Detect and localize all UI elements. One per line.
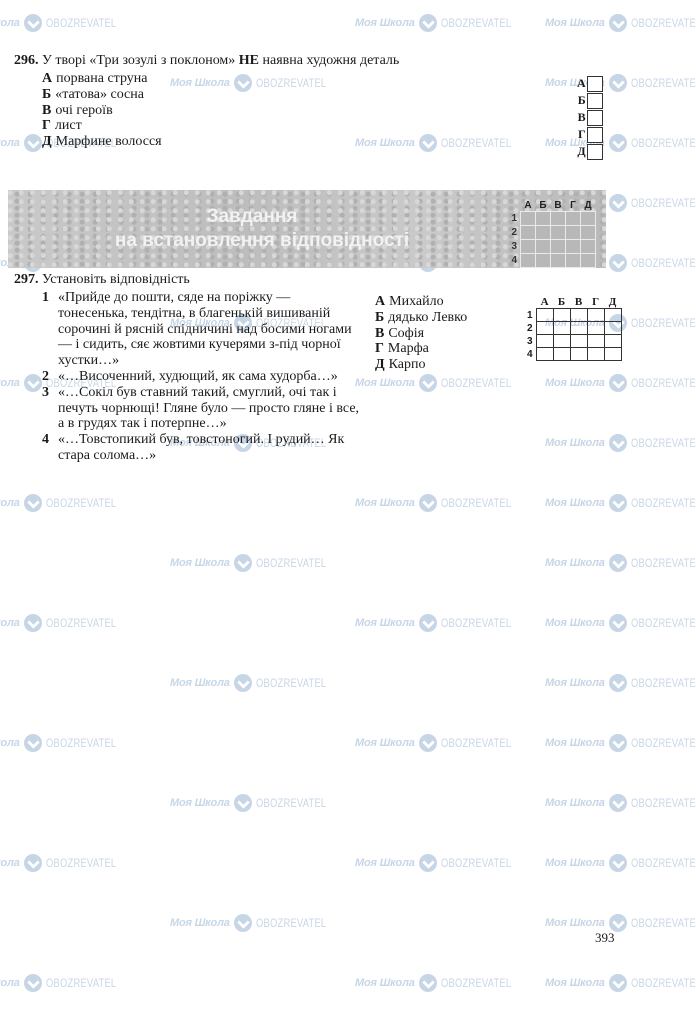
grid-answer-cell <box>521 212 536 226</box>
grid-row-label: 2 <box>527 322 536 335</box>
grid-answer-cell[interactable] <box>587 335 604 348</box>
grid-answer-cell <box>566 240 581 254</box>
quote-text: «Прийде до пошти, сяде на поріжку — тоне… <box>58 290 360 369</box>
quote-index: 4 <box>42 432 58 464</box>
option-text: лист <box>55 118 82 133</box>
character-item: ДКарпо <box>375 357 467 373</box>
answer-row-v: В <box>577 109 603 126</box>
grid-answer-cell[interactable] <box>570 322 587 335</box>
grid-answer-cell <box>551 226 566 240</box>
grid-row: 2 <box>511 226 595 240</box>
character-letter: Б <box>375 310 384 325</box>
answer-label: В <box>578 110 586 125</box>
quote-index: 3 <box>42 385 58 432</box>
character-item: ГМарфа <box>375 341 467 357</box>
matching-grid-table: АБВГД1234 <box>527 296 622 361</box>
quote-text: «…Сокіл був ставний такий, смуглий, очі … <box>58 385 360 432</box>
grid-column-label: Г <box>566 200 581 212</box>
grid-header-row: АБВГД <box>527 296 621 309</box>
grid-answer-cell[interactable] <box>604 322 621 335</box>
grid-answer-cell <box>581 226 596 240</box>
question-emphasis: НЕ <box>239 53 259 68</box>
grid-answer-cell[interactable] <box>587 322 604 335</box>
textbook-page: 296. У творі «Три зозулі з поклоном» НЕ … <box>0 0 696 1024</box>
option-b: Б«татова» сосна <box>42 87 162 103</box>
option-g: Глист <box>42 118 162 134</box>
grid-answer-cell <box>581 240 596 254</box>
answer-checkbox-b[interactable] <box>587 93 603 109</box>
grid-row-label: 4 <box>527 348 536 361</box>
grid-corner <box>527 296 536 309</box>
grid-answer-cell <box>536 254 551 268</box>
quote-text: «…Височенний, худющий, як сама худорба…» <box>58 369 360 385</box>
grid-answer-cell[interactable] <box>553 322 570 335</box>
quote-index: 2 <box>42 369 58 385</box>
option-text: порвана струна <box>56 71 147 86</box>
character-letter: А <box>375 294 385 309</box>
grid-column-label: В <box>551 200 566 212</box>
grid-row: 1 <box>511 212 595 226</box>
grid-answer-cell <box>521 254 536 268</box>
grid-column-label: Б <box>536 200 551 212</box>
question-296-options: Апорвана струна Б«татова» сосна Вочі гер… <box>42 71 162 150</box>
grid-column-label: Д <box>581 200 596 212</box>
grid-row-label: 3 <box>527 335 536 348</box>
answer-checkbox-a[interactable] <box>587 76 603 92</box>
grid-answer-cell <box>551 240 566 254</box>
grid-answer-cell[interactable] <box>570 335 587 348</box>
quote-item: 3«…Сокіл був ставний такий, смуглий, очі… <box>42 385 360 432</box>
grid-row-label: 4 <box>511 254 520 268</box>
question-text-before: У творі «Три зозулі з поклоном» <box>42 53 235 68</box>
banner-grid-table: АБВГД1234 <box>511 200 596 268</box>
grid-answer-cell[interactable] <box>604 348 621 361</box>
option-letter: А <box>42 71 52 86</box>
section-banner: Завдання на встановлення відповідності А… <box>8 190 606 268</box>
option-text: Марфине волосся <box>56 134 162 149</box>
grid-answer-cell[interactable] <box>536 335 553 348</box>
answer-checkbox-d[interactable] <box>587 144 603 160</box>
grid-answer-cell <box>581 212 596 226</box>
grid-row: 4 <box>527 348 621 361</box>
character-name: Софія <box>388 326 424 341</box>
character-list: АМихайло Бдядько Левко ВСофія ГМарфа ДКа… <box>375 294 467 373</box>
grid-answer-cell[interactable] <box>570 309 587 322</box>
answer-row-b: Б <box>577 92 603 109</box>
grid-answer-cell[interactable] <box>536 348 553 361</box>
grid-answer-cell[interactable] <box>553 335 570 348</box>
option-text: очі героїв <box>55 103 112 118</box>
grid-answer-cell[interactable] <box>553 348 570 361</box>
option-letter: Г <box>42 118 51 133</box>
quote-item: 1«Прийде до пошти, сяде на поріжку — тон… <box>42 290 360 369</box>
grid-answer-cell <box>536 226 551 240</box>
option-letter: Д <box>42 134 52 149</box>
quote-item: 2«…Височенний, худющий, як сама худорба…… <box>42 369 360 385</box>
answer-label: Д <box>577 144 585 159</box>
grid-row-label: 1 <box>527 309 536 322</box>
grid-answer-cell[interactable] <box>536 322 553 335</box>
question-text-after: наявна художня деталь <box>263 53 400 68</box>
quote-text: «…Товстопикий був, товстоногий. І рудий…… <box>58 432 360 464</box>
answer-row-a: А <box>577 75 603 92</box>
grid-header-row: АБВГД <box>511 200 595 212</box>
character-letter: В <box>375 326 384 341</box>
grid-answer-cell <box>536 240 551 254</box>
option-letter: В <box>42 103 51 118</box>
grid-answer-cell <box>566 212 581 226</box>
answer-label: А <box>577 76 586 91</box>
grid-row-label: 1 <box>511 212 520 226</box>
grid-answer-cell[interactable] <box>587 309 604 322</box>
question-number: 297. <box>14 272 39 287</box>
character-item: АМихайло <box>375 294 467 310</box>
character-item: ВСофія <box>375 326 467 342</box>
option-a: Апорвана струна <box>42 71 162 87</box>
grid-answer-cell <box>566 254 581 268</box>
character-item: Бдядько Левко <box>375 310 467 326</box>
answer-row-d: Д <box>577 143 603 160</box>
answer-checkbox-g[interactable] <box>587 127 603 143</box>
grid-corner <box>511 200 520 212</box>
quote-list: 1«Прийде до пошти, сяде на поріжку — тон… <box>42 290 360 464</box>
grid-answer-cell[interactable] <box>553 309 570 322</box>
character-name: Карпо <box>389 357 426 372</box>
option-v: Вочі героїв <box>42 103 162 119</box>
grid-row-label: 2 <box>511 226 520 240</box>
grid-row: 1 <box>527 309 621 322</box>
quote-index: 1 <box>42 290 58 369</box>
grid-column-label: А <box>536 296 553 309</box>
character-name: Марфа <box>388 341 429 356</box>
grid-row-label: 3 <box>511 240 520 254</box>
option-text: «татова» сосна <box>55 87 144 102</box>
character-letter: Д <box>375 357 385 372</box>
answer-checkbox-v[interactable] <box>587 110 603 126</box>
grid-answer-cell[interactable] <box>604 335 621 348</box>
grid-answer-cell[interactable] <box>587 348 604 361</box>
answer-label: Б <box>578 93 586 108</box>
grid-column-label: Г <box>587 296 604 309</box>
answer-row-g: Г <box>577 126 603 143</box>
grid-answer-cell <box>551 254 566 268</box>
banner-grid-illustration: АБВГД1234 <box>511 200 596 268</box>
grid-column-label: Б <box>553 296 570 309</box>
quote-item: 4«…Товстопикий був, товстоногий. І рудий… <box>42 432 360 464</box>
option-d: ДМарфине волосся <box>42 134 162 150</box>
grid-column-label: А <box>521 200 536 212</box>
matching-answer-grid: АБВГД1234 <box>527 296 622 361</box>
answer-label: Г <box>578 127 586 142</box>
character-letter: Г <box>375 341 384 356</box>
grid-answer-cell <box>521 240 536 254</box>
question-296-answer-boxes: А Б В Г Д <box>577 75 603 160</box>
character-name: Михайло <box>389 294 443 309</box>
character-name: дядько Левко <box>388 310 467 325</box>
grid-answer-cell <box>536 212 551 226</box>
grid-answer-cell[interactable] <box>536 309 553 322</box>
grid-answer-cell <box>581 254 596 268</box>
grid-answer-cell <box>521 226 536 240</box>
page-number: 393 <box>595 930 615 946</box>
grid-column-label: Д <box>604 296 621 309</box>
question-297-prompt: 297. Установіть відповідність <box>14 272 190 288</box>
grid-answer-cell <box>551 212 566 226</box>
question-296-prompt: 296. У творі «Три зозулі з поклоном» НЕ … <box>14 53 399 69</box>
grid-column-label: В <box>570 296 587 309</box>
grid-row: 3 <box>527 335 621 348</box>
grid-answer-cell[interactable] <box>604 309 621 322</box>
question-text: Установіть відповідність <box>42 272 190 287</box>
grid-answer-cell <box>566 226 581 240</box>
question-number: 296. <box>14 53 39 68</box>
grid-answer-cell[interactable] <box>570 348 587 361</box>
grid-row: 4 <box>511 254 595 268</box>
grid-row: 3 <box>511 240 595 254</box>
grid-row: 2 <box>527 322 621 335</box>
option-letter: Б <box>42 87 51 102</box>
